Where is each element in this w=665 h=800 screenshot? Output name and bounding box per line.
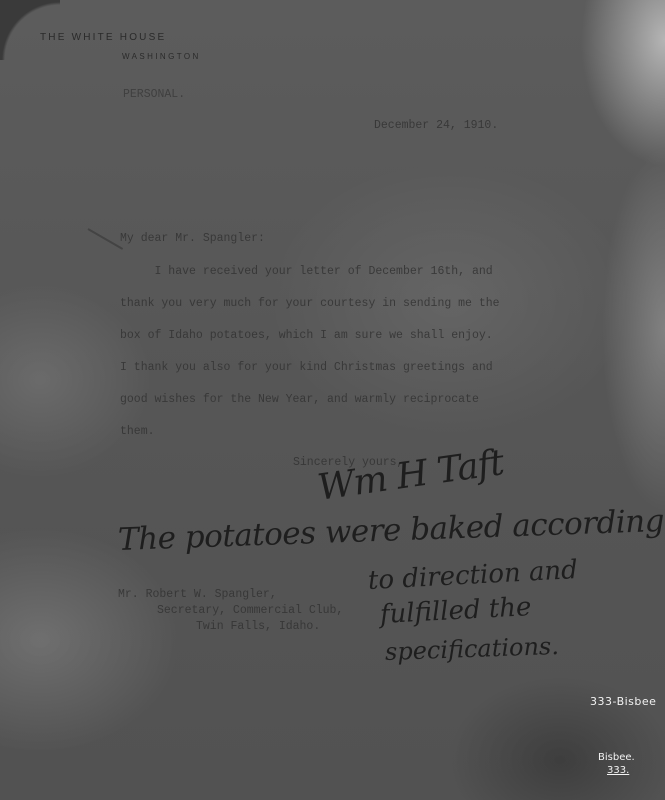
recipient-title: Secretary, Commercial Club, bbox=[157, 604, 343, 617]
letterhead-organization: THE WHITE HOUSE bbox=[40, 32, 166, 43]
pen-mark bbox=[88, 228, 124, 250]
body-line: I thank you also for your kind Christmas… bbox=[120, 361, 493, 374]
recipient-name: Mr. Robert W. Spangler, bbox=[118, 588, 277, 601]
salutation: My dear Mr. Spangler: bbox=[120, 232, 265, 245]
handwritten-note-line: fulfilled the bbox=[379, 592, 532, 630]
body-line: them. bbox=[120, 425, 155, 438]
letterhead-location: WASHINGTON bbox=[122, 52, 201, 61]
letter-page: THE WHITE HOUSE WASHINGTON PERSONAL. Dec… bbox=[0, 0, 665, 800]
letter-date: December 24, 1910. bbox=[374, 119, 498, 132]
personal-marking: PERSONAL. bbox=[123, 88, 185, 101]
archive-label-corner-1: Bisbee. bbox=[598, 752, 635, 763]
handwritten-note-line: specifications. bbox=[385, 632, 560, 666]
archive-label-corner-2: 333. bbox=[607, 765, 629, 776]
recipient-city: Twin Falls, Idaho. bbox=[196, 620, 320, 633]
signature: Wm H Taft bbox=[315, 442, 506, 509]
page-corner-shadow bbox=[0, 0, 60, 60]
handwritten-note-line: to direction and bbox=[367, 555, 578, 596]
body-line: box of Idaho potatoes, which I am sure w… bbox=[120, 329, 493, 342]
archive-label-side: 333-Bisbee bbox=[590, 695, 656, 708]
body-line: good wishes for the New Year, and warmly… bbox=[120, 393, 479, 406]
handwritten-note-line: The potatoes were baked according bbox=[117, 503, 664, 558]
body-line: I have received your letter of December … bbox=[120, 265, 493, 278]
body-line: thank you very much for your courtesy in… bbox=[120, 297, 500, 310]
